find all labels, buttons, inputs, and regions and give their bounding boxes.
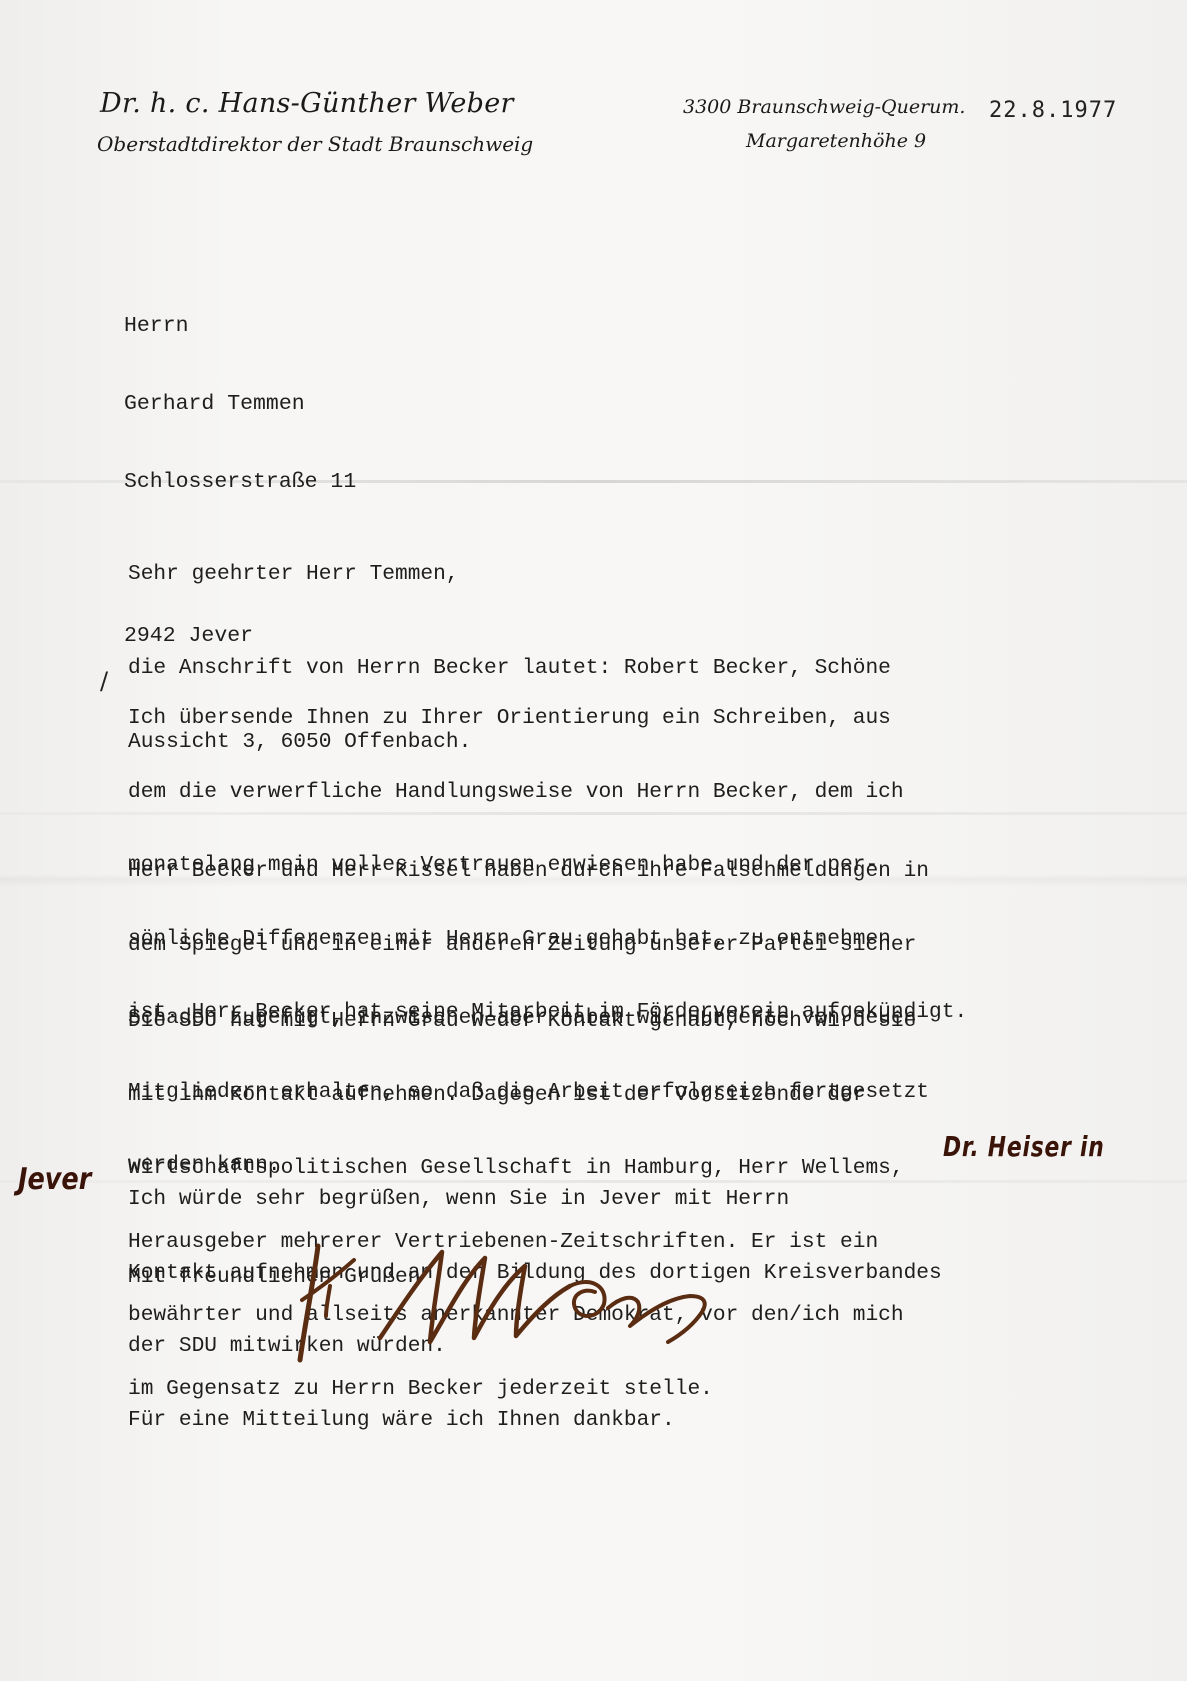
letter-salutation: Sehr geehrter Herr Temmen, bbox=[128, 562, 459, 587]
text-line: dem die verwerfliche Handlungsweise von … bbox=[128, 780, 967, 805]
recipient-salutation-line: Herrn bbox=[124, 313, 356, 339]
margin-mark: / bbox=[100, 667, 108, 695]
sender-title: Oberstadtdirektor der Stadt Braunschweig bbox=[97, 132, 533, 156]
sender-place: 3300 Braunschweig-Querum. bbox=[683, 96, 965, 118]
handwritten-margin-note: Jever bbox=[18, 1162, 91, 1197]
text-line: dem Spiegel und in einer anderen Zeitung… bbox=[128, 933, 929, 958]
sender-name: Dr. h. c. Hans-Günther Weber bbox=[100, 88, 514, 119]
text-line: mit ihm Kontakt aufnehmen. Dagegen ist d… bbox=[128, 1083, 916, 1108]
text-line: Ich würde sehr begrüßen, wenn Sie in Jev… bbox=[128, 1187, 942, 1212]
text-line: Ich übersende Ihnen zu Ihrer Orientierun… bbox=[128, 706, 967, 731]
recipient-name: Gerhard Temmen bbox=[124, 391, 356, 417]
sender-street: Margaretenhöhe 9 bbox=[746, 130, 926, 152]
handwritten-insert: Dr. Heiser in bbox=[943, 1130, 1105, 1163]
letter-date: 22.8.1977 bbox=[989, 98, 1117, 123]
text-line: Die SDU hat mit Herrn Grau weder Kontakt… bbox=[128, 1009, 916, 1034]
recipient-street: Schlosserstraße 11 bbox=[124, 469, 356, 495]
letter-page: Dr. h. c. Hans-Günther Weber Oberstadtdi… bbox=[0, 0, 1187, 1681]
handwritten-signature bbox=[290, 1238, 750, 1388]
text-line: Für eine Mitteilung wäre ich Ihnen dankb… bbox=[128, 1408, 942, 1433]
text-line: Herr Becker und Herr Kissel haben durch … bbox=[128, 859, 929, 884]
